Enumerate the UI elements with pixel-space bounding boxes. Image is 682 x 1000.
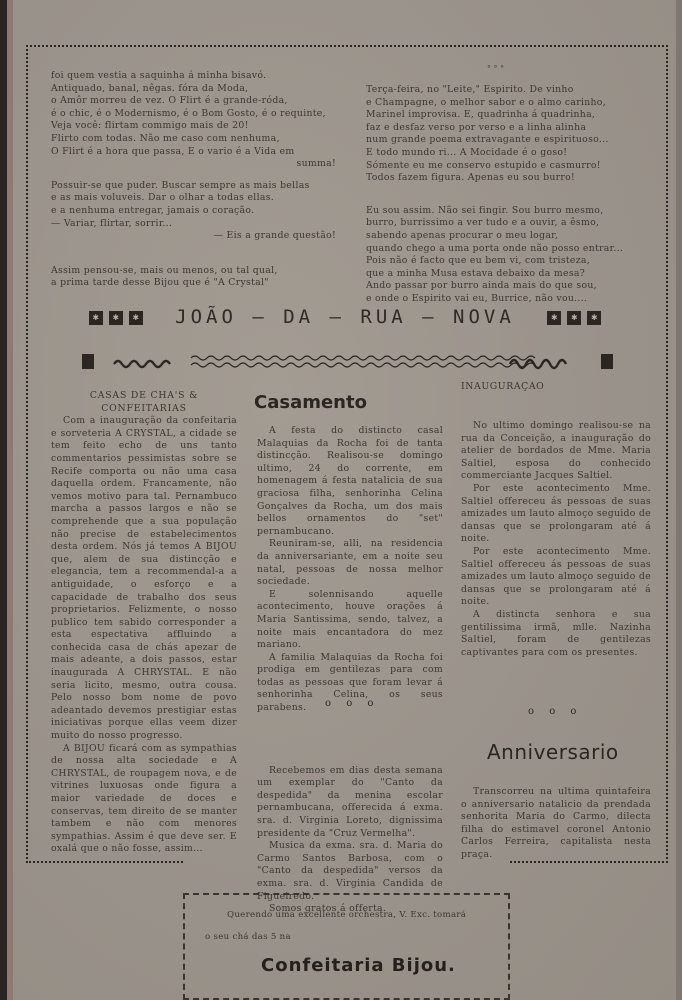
poem-line: Antiquado, banal, nêgas. fóra da Moda, xyxy=(51,83,336,96)
article-heading: CASAS DE CHA'S & CONFEITARIAS xyxy=(51,390,237,415)
dotted-border-bottom-left xyxy=(26,861,183,863)
poem-line: E todo mundo ri... A Mocidade é o goso! xyxy=(366,147,651,160)
poem-left: foi quem vestia a saquinha á minha bisav… xyxy=(51,70,336,299)
poem-line: faz e desfaz verso por verso e a linha a… xyxy=(366,122,651,135)
star-box-icon: ✱ xyxy=(109,311,123,325)
poem-line: e as mais voluveis. Dar o olhar a todas … xyxy=(51,192,336,205)
poem-line: Ando passar por burro ainda mais do que … xyxy=(366,280,651,293)
poem-line: summa! xyxy=(51,158,336,171)
poem-line: e Champagne, o melhor sabor e o almo car… xyxy=(366,97,651,110)
poem-line: e a nenhuma entregar, jamais o coração. xyxy=(51,205,336,218)
article-paragraph: Recebemos em dias desta semana um exempl… xyxy=(257,765,443,841)
author-banner: ✱✱✱ JOÃO — DA — RUA — NOVA ✱✱✱ xyxy=(60,306,630,328)
page-edge-shadow xyxy=(0,0,7,1000)
poem-line: Eu sou assim. Não sei fingir. Sou burro … xyxy=(366,205,651,218)
poem-line: que a minha Musa estava debaixo da mesa? xyxy=(366,268,651,281)
circle-separator-icon: o o o xyxy=(325,698,379,709)
poem-line: sabendo apenas procurar o meu logar, xyxy=(366,230,651,243)
article-paragraph: Por este acontecimento Mme. Saltiel offe… xyxy=(461,546,651,609)
article-paragraph: A festa do distincto casal Malaquias da … xyxy=(257,425,443,538)
poem-line: Marinel improvisa. E, quadrinha á quadri… xyxy=(366,109,651,122)
poem-line: Terça-feira, no "Leite," Espirito. De vi… xyxy=(366,84,651,97)
article-paragraph: Reuniram-se, alli, na residencia da anni… xyxy=(257,538,443,588)
article-casamento: A festa do distincto casal Malaquias da … xyxy=(257,425,443,916)
ad-text: Querendo uma excellente orchestra, V. Ex… xyxy=(227,910,466,920)
separator-space xyxy=(257,715,443,765)
poem-line: a prima tarde desse Bijou que é "A Cryst… xyxy=(51,277,336,290)
star-box-icon: ✱ xyxy=(89,311,103,325)
wavy-divider-icon xyxy=(78,350,623,374)
page-edge xyxy=(7,0,13,1000)
article-paragraph: Transcorreu na ultima quintafeira o anni… xyxy=(461,786,651,862)
poem-line: o Amôr morreu de vez. O Flirt é a grande… xyxy=(51,95,336,108)
poem-line: Flirto com todas. Não me caso com nenhum… xyxy=(51,133,336,146)
casamento-heading: Casamento xyxy=(254,392,367,413)
poem-line: quando chego a uma porta onde não posso … xyxy=(366,243,651,256)
ad-text: o seu chá das 5 na xyxy=(205,932,291,942)
star-box-icon: ✱ xyxy=(129,311,143,325)
poem-line: foi quem vestia a saquinha á minha bisav… xyxy=(51,70,336,83)
poem-line: e onde o Espirito vai eu, Burrice, não v… xyxy=(366,293,651,306)
article-paragraph: Por este acontecimento Mme. Saltiel offe… xyxy=(461,483,651,546)
star-box-icon: ✱ xyxy=(587,311,601,325)
article-paragraph: Com a inauguração da confeitaria e sorve… xyxy=(51,415,237,742)
poem-line: Pois não é facto que eu bem vi, com tris… xyxy=(366,255,651,268)
article-inauguracao: No ultimo domingo realisou-se na rua da … xyxy=(461,420,651,659)
article-paragraph: A distincta senhora e sua gentilissima i… xyxy=(461,609,651,659)
circle-separator-icon: o o o xyxy=(528,706,582,717)
circle-ornament-icon: ° ° ° xyxy=(487,64,504,73)
inauguracao-heading: INAUGURAÇAO xyxy=(461,381,544,392)
star-box-icon: ✱ xyxy=(547,311,561,325)
poem-line: num grande poema extravagante e espiritu… xyxy=(366,134,651,147)
article-paragraph: E solennisando aquelle acontecimento, ho… xyxy=(257,589,443,652)
poem-line: — Variar, flirtar, sorrir... xyxy=(51,218,336,231)
article-paragraph: A BIJOU ficará com as sympathias de noss… xyxy=(51,743,237,856)
poem-line: burro, burrissimo a ver tudo e a ouvir, … xyxy=(366,217,651,230)
poem-line: Assim pensou-se, mais ou menos, ou tal q… xyxy=(51,265,336,278)
poem-line: Todos fazem figura. Apenas eu sou burro! xyxy=(366,172,651,185)
poem-line: — Eis a grande questão! xyxy=(51,230,336,243)
anniversario-heading: Anniversario xyxy=(487,740,619,764)
poem-line: Possuir-se que puder. Buscar sempre as m… xyxy=(51,180,336,193)
star-box-icon: ✱ xyxy=(567,311,581,325)
author-signature: JOÃO — DA — RUA — NOVA xyxy=(175,306,515,328)
ad-brand-name: Confeitaria Bijou. xyxy=(261,955,456,976)
article-paragraph: No ultimo domingo realisou-se na rua da … xyxy=(461,420,651,483)
poem-line: Veja você: flirtam commigo mais de 20! xyxy=(51,120,336,133)
poem-right: Terça-feira, no "Leite," Espirito. De vi… xyxy=(366,84,651,315)
page-edge-right xyxy=(676,0,682,1000)
poem-line: Sómente eu me conservo estupido e casmur… xyxy=(366,160,651,173)
article-casas-de-chas: CASAS DE CHA'S & CONFEITARIAS Com a inau… xyxy=(51,390,237,856)
poem-line: O Flirt é a hora que passa, E o vario é … xyxy=(51,146,336,159)
article-anniversario: Transcorreu na ultima quintafeira o anni… xyxy=(461,786,651,862)
poem-line: é o chic, é o Modernismo, é o Bom Gosto,… xyxy=(51,108,336,121)
